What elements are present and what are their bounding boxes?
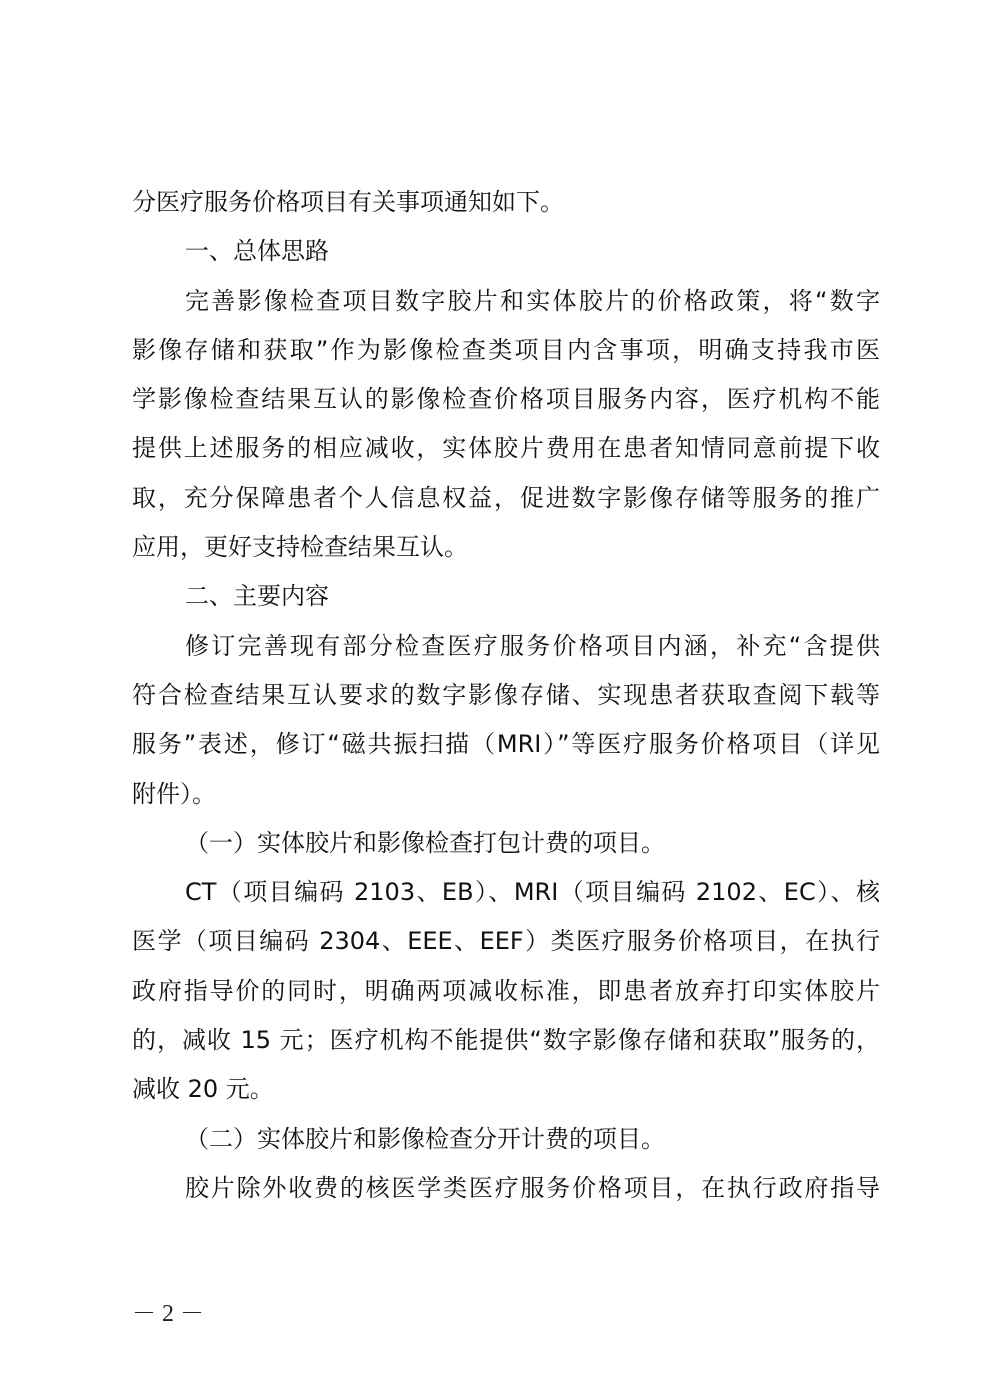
text-line: 分医疗服务价格项目有关事项通知如下。 xyxy=(132,180,880,229)
text-line: 服务”表述，修订“磁共振扫描（MRI）”等医疗服务价格项目（详见 xyxy=(132,722,880,771)
subsection-heading-bundled-billing: （一）实体胶片和影像检查打包计费的项目。 xyxy=(132,821,880,870)
text-line: 减收 20 元。 xyxy=(132,1067,880,1116)
text-line: 符合检查结果互认要求的数字影像存储、实现患者获取查阅下载等 xyxy=(132,673,880,722)
text-line: 医学（项目编码 2304、EEE、EEF）类医疗服务价格项目，在执行 xyxy=(132,919,880,968)
section-heading-overall-approach: 一、总体思路 xyxy=(132,229,880,278)
text-line: 附件）。 xyxy=(132,772,880,821)
page-number: － 2 － xyxy=(132,1293,204,1328)
text-line: 应用，更好支持检查结果互认。 xyxy=(132,525,880,574)
text-line: 胶片除外收费的核医学类医疗服务价格项目，在执行政府指导 xyxy=(132,1166,880,1215)
text-line: CT（项目编码 2103、EB）、MRI（项目编码 2102、EC）、核 xyxy=(132,870,880,919)
text-line: 政府指导价的同时，明确两项减收标准，即患者放弃打印实体胶片 xyxy=(132,969,880,1018)
text-line: 的，减收 15 元；医疗机构不能提供“数字影像存储和获取”服务的， xyxy=(132,1018,880,1067)
text-line: 影像存储和获取”作为影像检查类项目内含事项，明确支持我市医 xyxy=(132,328,880,377)
text-line: 学影像检查结果互认的影像检查价格项目服务内容，医疗机构不能 xyxy=(132,377,880,426)
document-page: 分医疗服务价格项目有关事项通知如下。 一、总体思路 完善影像检查项目数字胶片和实… xyxy=(0,0,1000,1398)
subsection-heading-separate-billing: （二）实体胶片和影像检查分开计费的项目。 xyxy=(132,1117,880,1166)
text-line: 修订完善现有部分检查医疗服务价格项目内涵，补充“含提供 xyxy=(132,624,880,673)
section-heading-main-content: 二、主要内容 xyxy=(132,574,880,623)
text-line: 完善影像检查项目数字胶片和实体胶片的价格政策，将“数字 xyxy=(132,279,880,328)
text-line: 取，充分保障患者个人信息权益，促进数字影像存储等服务的推广 xyxy=(132,476,880,525)
document-body: 分医疗服务价格项目有关事项通知如下。 一、总体思路 完善影像检查项目数字胶片和实… xyxy=(132,180,880,1215)
text-line: 提供上述服务的相应减收，实体胶片费用在患者知情同意前提下收 xyxy=(132,426,880,475)
